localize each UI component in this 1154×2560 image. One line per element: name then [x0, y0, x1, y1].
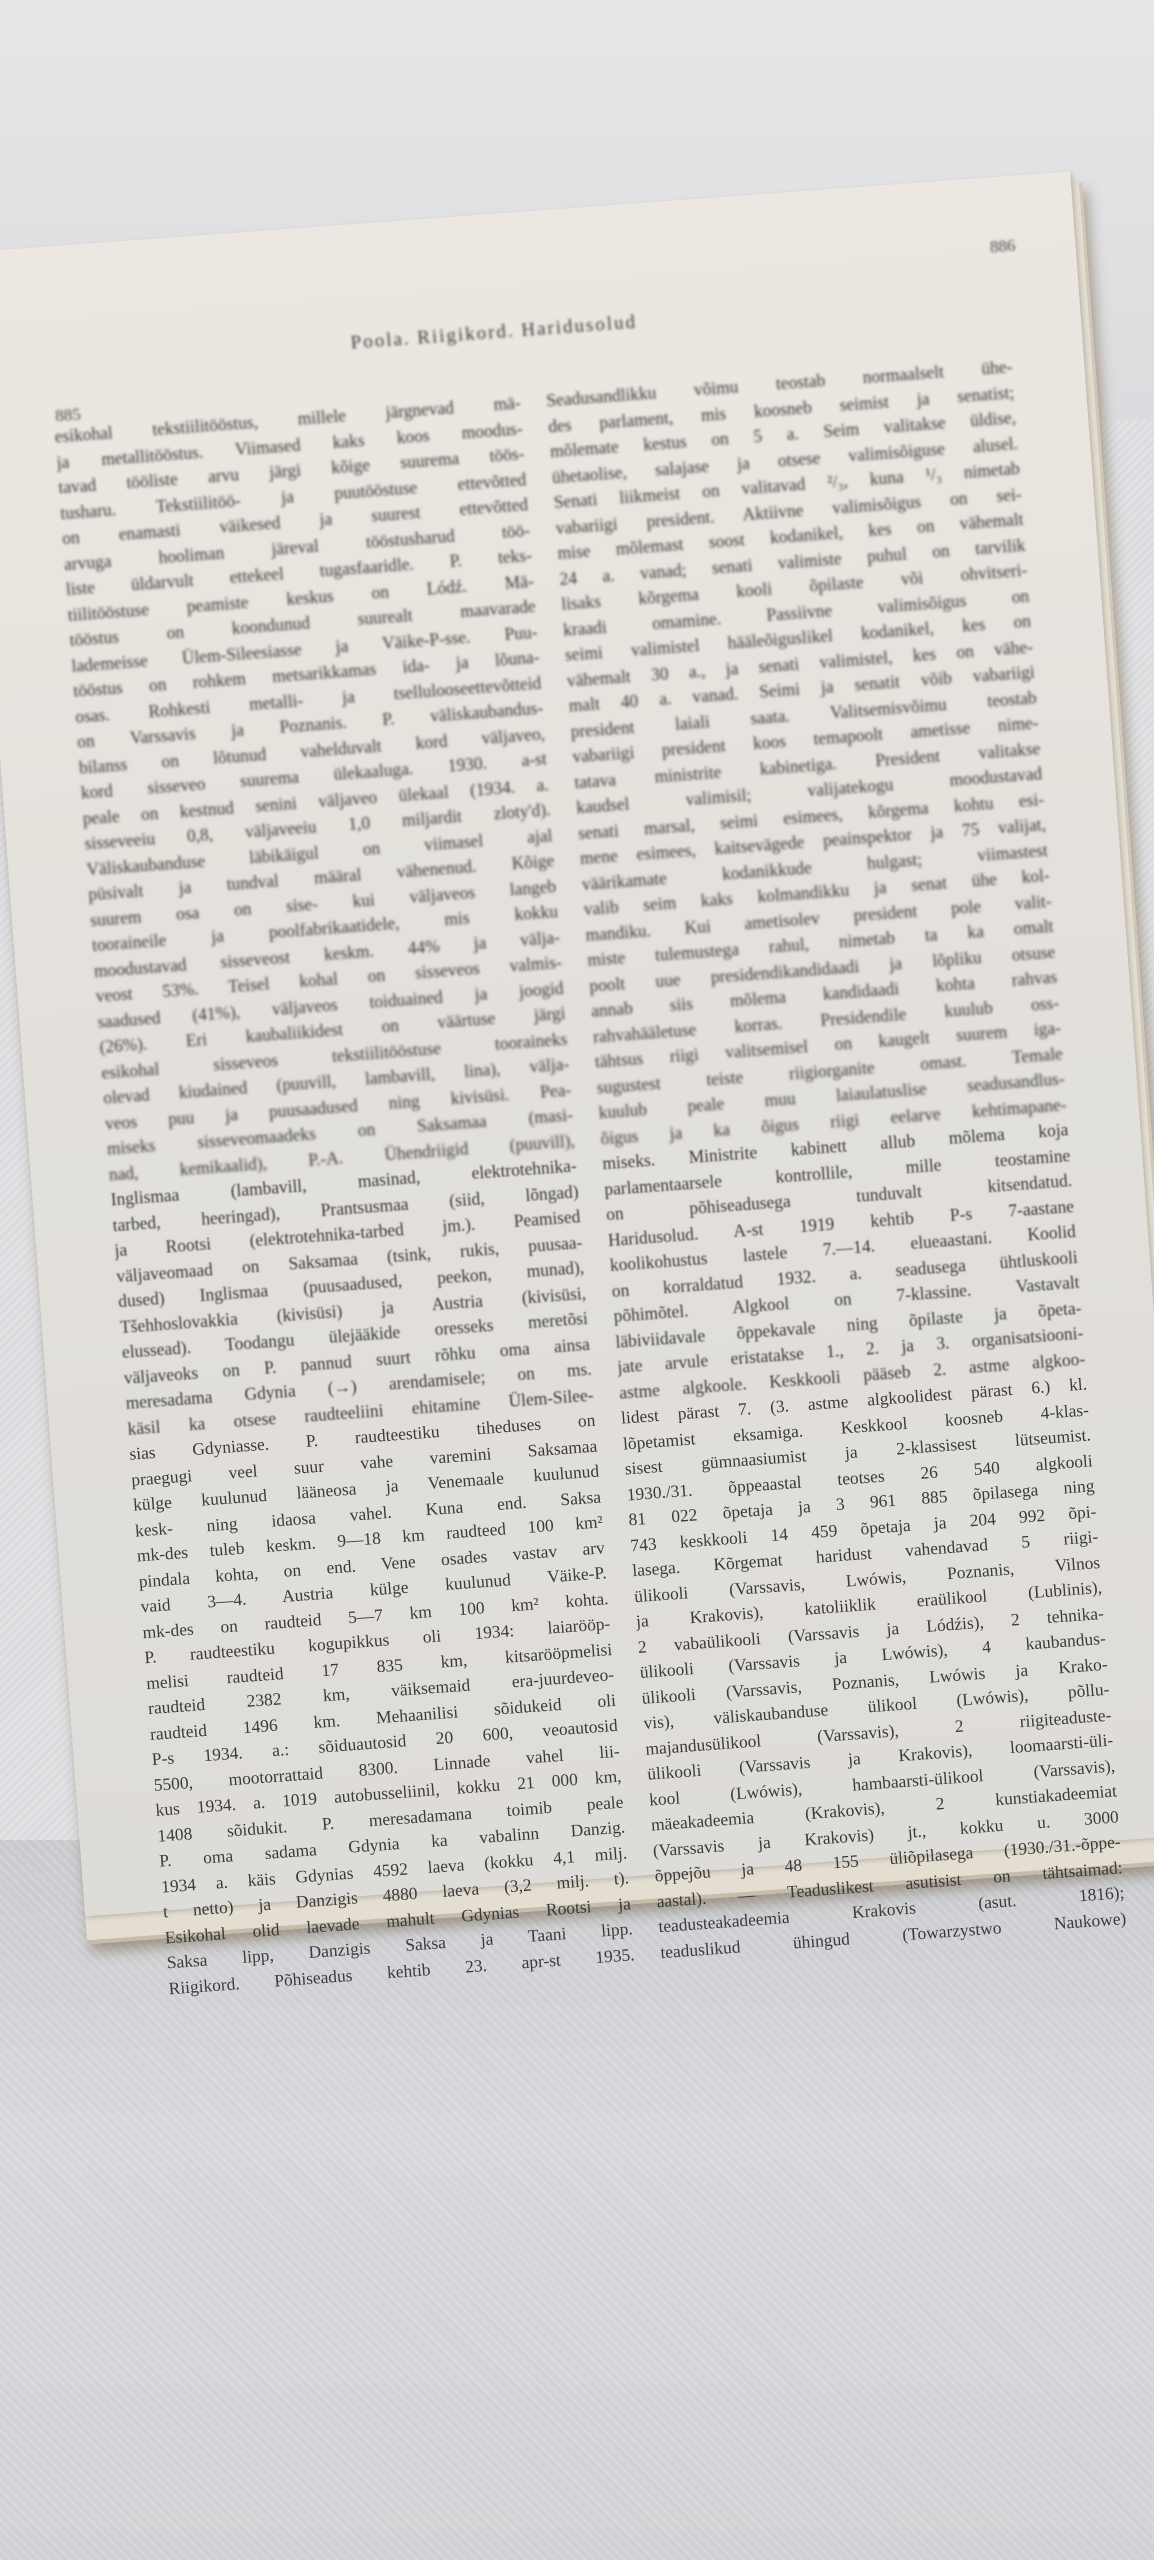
- right-column: Seadusandlikku võimu teostab normaalselt…: [546, 354, 1128, 1965]
- left-column: esikohal tekstiilitööstus, millele järgn…: [54, 390, 636, 2001]
- book-page: 886 Poola. Riigikord. Haridusolud 885 es…: [0, 171, 1154, 1916]
- book: 886 Poola. Riigikord. Haridusolud 885 es…: [0, 170, 1154, 1938]
- page-number-right: 886: [989, 236, 1016, 258]
- running-head: Poola. Riigikord. Haridusolud: [350, 312, 638, 355]
- text-columns: esikohal tekstiilitööstus, millele järgn…: [54, 354, 1127, 2001]
